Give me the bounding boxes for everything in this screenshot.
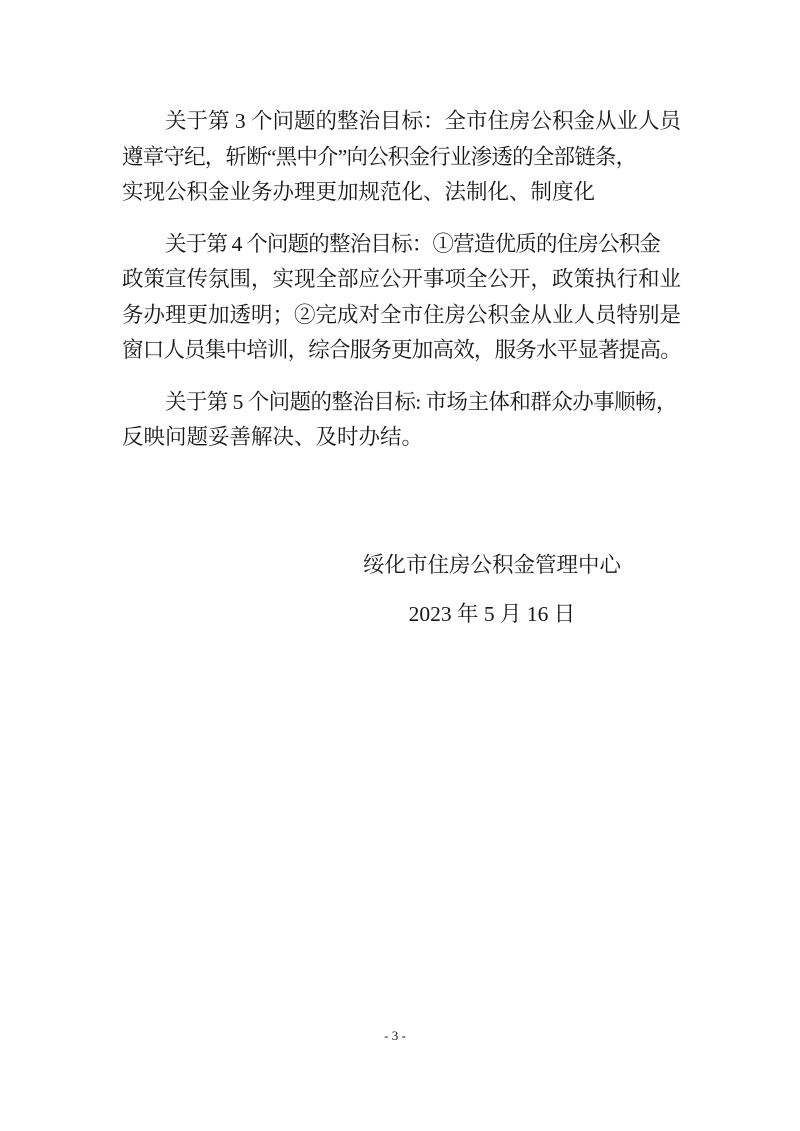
paragraph-goal-4: 关于第 4 个问题的整治目标：①营造优质的住房公积金 政策宣传氛围，实现全部应公…	[122, 227, 682, 369]
paragraph-line: 关于第 3 个问题的整治目标：全市住房公积金从业人员	[122, 104, 682, 140]
document-page: 关于第 3 个问题的整治目标：全市住房公积金从业人员 遵章守纪，斩断“黑中介”向…	[0, 0, 800, 1131]
paragraph-goal-5: 关于第 5 个问题的整治目标: 市场主体和群众办事顺畅， 反映问题妥善解决、及时…	[122, 385, 682, 456]
signature-organization: 绥化市住房公积金管理中心	[212, 548, 772, 584]
paragraph-line: 反映问题妥善解决、及时办结。	[122, 420, 682, 456]
document-body: 关于第 3 个问题的整治目标：全市住房公积金从业人员 遵章守纪，斩断“黑中介”向…	[122, 104, 682, 633]
paragraph-line: 遵章守纪，斩断“黑中介”向公积金行业渗透的全部链条，	[122, 140, 682, 176]
paragraph-line: 务办理更加透明；②完成对全市住房公积金从业人员特别是	[122, 298, 682, 334]
paragraph-line: 实现公积金业务办理更加规范化、法制化、制度化	[122, 175, 682, 211]
signature-block: 绥化市住房公积金管理中心 2023 年 5 月 16 日	[212, 548, 772, 633]
paragraph-line: 窗口人员集中培训，综合服务更加高效，服务水平显著提高。	[122, 333, 682, 369]
paragraph-line: 政策宣传氛围，实现全部应公开事项全公开，政策执行和业	[122, 262, 682, 298]
paragraph-line: 关于第 4 个问题的整治目标：①营造优质的住房公积金	[122, 227, 682, 263]
paragraph-line: 关于第 5 个问题的整治目标: 市场主体和群众办事顺畅，	[122, 385, 682, 421]
page-number: - 3 -	[0, 1026, 790, 1046]
paragraph-goal-3: 关于第 3 个问题的整治目标：全市住房公积金从业人员 遵章守纪，斩断“黑中介”向…	[122, 104, 682, 211]
signature-date: 2023 年 5 月 16 日	[212, 597, 772, 633]
